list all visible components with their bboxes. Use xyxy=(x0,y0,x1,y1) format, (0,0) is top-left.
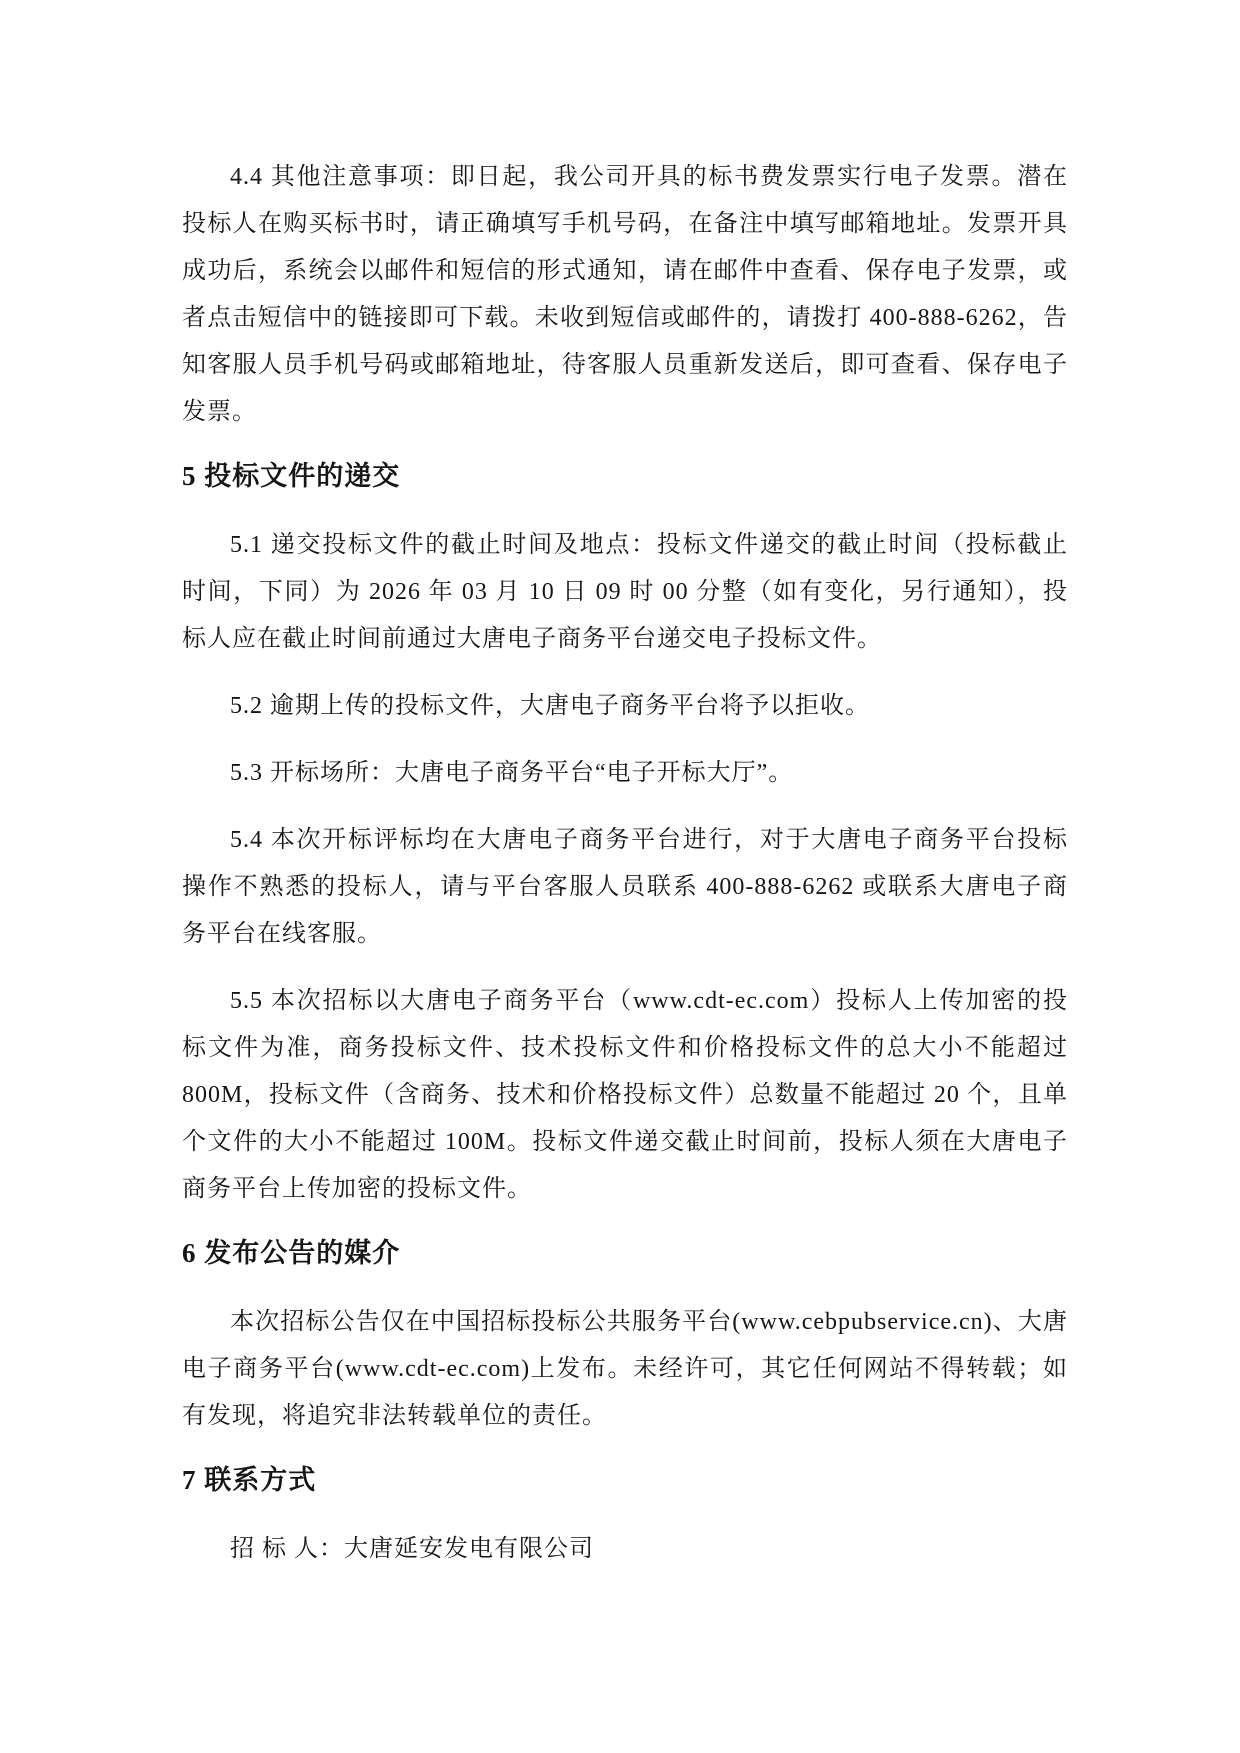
paragraph-5-2-late-upload: 5.2 逾期上传的投标文件，大唐电子商务平台将予以拒收。 xyxy=(182,683,1068,730)
paragraph-5-5-file-limits: 5.5 本次招标以大唐电子商务平台（www.cdt-ec.com）投标人上传加密… xyxy=(182,978,1068,1213)
section-heading-6-announcement-media: 6 发布公告的媒介 xyxy=(182,1233,1068,1273)
paragraph-6-1-publishing-platforms: 本次招标公告仅在中国招标投标公共服务平台(www.cebpubservice.c… xyxy=(182,1299,1068,1440)
paragraph-5-1-deadline: 5.1 递交投标文件的截止时间及地点：投标文件递交的截止时间（投标截止时间，下同… xyxy=(182,522,1068,663)
contact-bidder-line: 招 标 人：大唐延安发电有限公司 xyxy=(182,1526,1068,1573)
paragraph-5-4-platform-support: 5.4 本次开标评标均在大唐电子商务平台进行，对于大唐电子商务平台投标操作不熟悉… xyxy=(182,817,1068,958)
paragraph-4-4-other-notes: 4.4 其他注意事项：即日起，我公司开具的标书费发票实行电子发票。潜在投标人在购… xyxy=(182,154,1068,436)
section-heading-7-contact-info: 7 联系方式 xyxy=(182,1460,1068,1500)
section-heading-5-bid-submission: 5 投标文件的递交 xyxy=(182,456,1068,496)
paragraph-5-3-opening-venue: 5.3 开标场所：大唐电子商务平台“电子开标大厅”。 xyxy=(182,750,1068,797)
document-page: 4.4 其他注意事项：即日起，我公司开具的标书费发票实行电子发票。潜在投标人在购… xyxy=(0,0,1240,1753)
